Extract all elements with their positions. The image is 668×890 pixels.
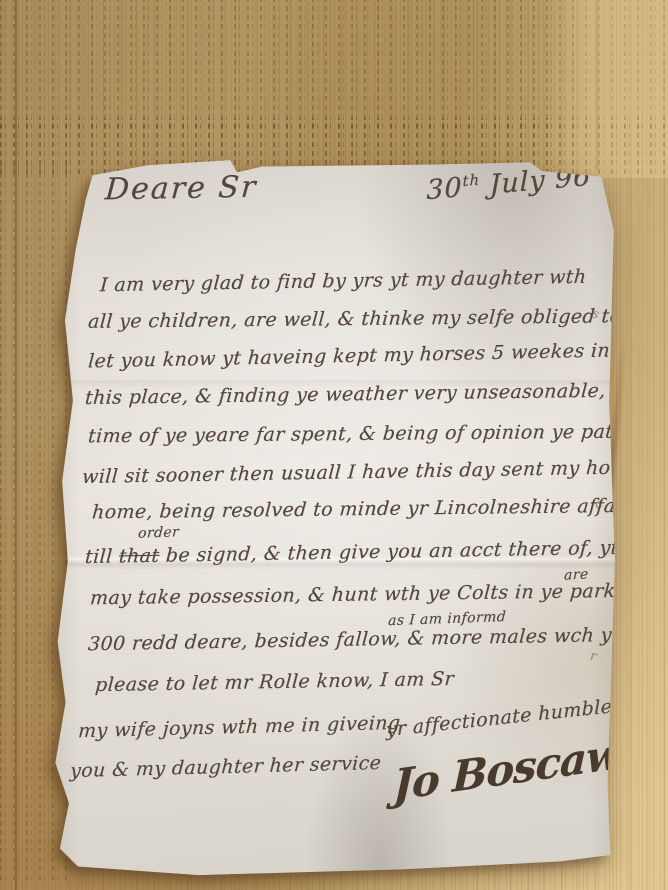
strikethrough-word: that <box>118 545 160 568</box>
line8-pre: till <box>84 545 119 568</box>
letter-line-11: please to let mr Rolle know, I am Sr <box>94 670 454 695</box>
wood-light-plank-top-right <box>545 0 668 178</box>
letter-line-1: I am very glad to find by yrs yt my daug… <box>99 268 587 296</box>
line10-pre: 300 redd deare, besides fallow, & more m… <box>87 625 548 655</box>
letter-closing-phrase: yr affectionate humble servant <box>386 689 668 740</box>
letter-line-13: you & my daughter her service <box>69 754 381 781</box>
interlinear-insertion-order: order <box>138 525 180 540</box>
letter-line-8: till that be signd, & then give you an a… <box>84 538 661 567</box>
letter-signature: Jo Boscawen <box>393 725 668 807</box>
letter-line-12-left: my wife joyns wth me in giveing <box>77 714 401 741</box>
ink-showthrough-mark: r <box>589 650 598 664</box>
wood-grain-line-top-right <box>596 0 598 170</box>
photo-of-letter-on-wood-table: Deare Sr 30th July 96 I am very glad to … <box>0 0 668 890</box>
line10-post: wch you may <box>547 623 668 647</box>
wood-fleck-band-top <box>0 0 668 128</box>
letter-salutation: Deare Sr <box>104 173 258 206</box>
letter-date: 30th July 96 <box>426 163 591 205</box>
interlinear-insertion-are: are <box>564 567 589 582</box>
letter-line-3: let you know yt haveing kept my horses 5… <box>87 342 610 372</box>
date-ordinal: th <box>463 170 480 190</box>
letter-line-5: time of ye yeare far spent, & being of o… <box>87 423 614 447</box>
wood-plank-seam-left <box>15 0 17 890</box>
letter-line-6: will sit sooner then usuall I have this … <box>81 458 652 487</box>
date-day: 30 <box>426 172 462 206</box>
date-month-year: July 96 <box>480 161 591 202</box>
letter-line-2: all ye children, are well, & thinke my s… <box>87 307 622 332</box>
letter-paper: Deare Sr 30th July 96 I am very glad to … <box>52 158 616 878</box>
letter-line-9: may take possession, & hunt wth ye Colts… <box>89 581 668 609</box>
letter-paper-wrapper: Deare Sr 30th July 96 I am very glad to … <box>52 158 616 878</box>
letter-line-7: home, being resolved to minde yr Lincoln… <box>91 497 644 523</box>
letter-line-4: this place, & finding ye weather very un… <box>84 381 659 408</box>
letter-line-10: 300 redd deare, besides fallow, & more m… <box>87 625 668 654</box>
line8-post: be signd, & then give you an acct there … <box>159 536 662 567</box>
interlinear-insertion-informed: as I am informd <box>388 610 507 628</box>
